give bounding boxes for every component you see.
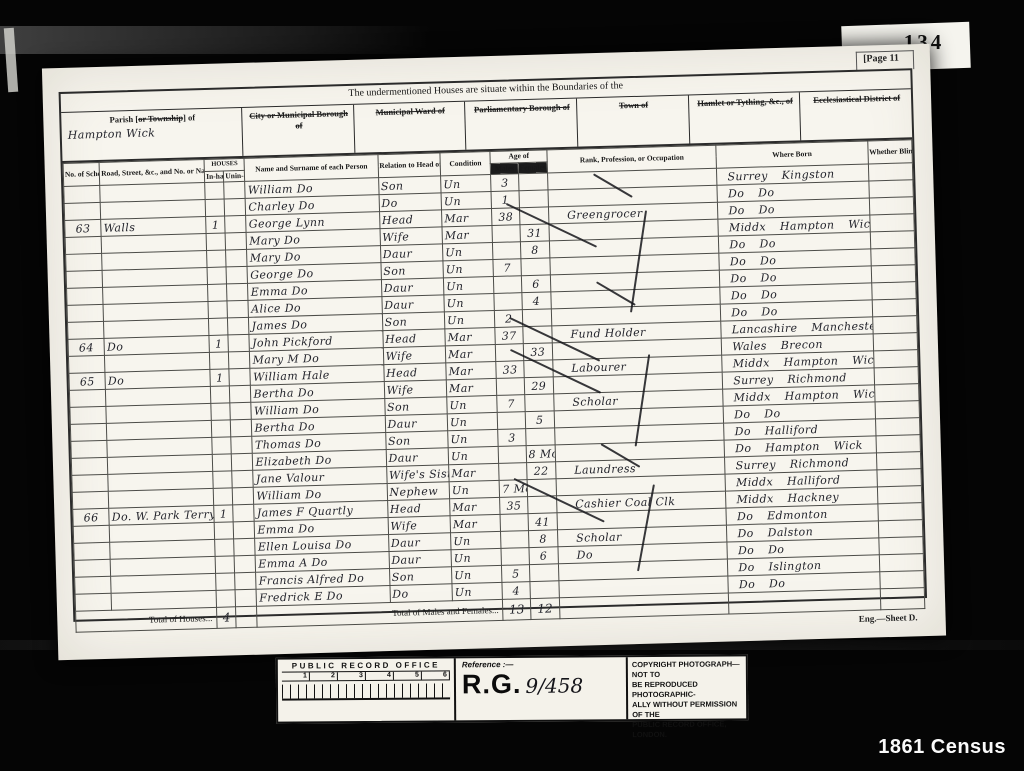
ruler-ticks [282,683,450,700]
district-field: Hamlet or Tything, &c., of [689,92,802,143]
cell-schedule [74,542,111,560]
cell-uninhabited [233,487,255,505]
cell-age-female: 6 [529,547,559,565]
cell-infirmity [878,520,923,538]
cell-uninhabited [229,368,251,386]
cell-age-male: 33 [496,361,524,379]
cell-schedule: 65 [69,372,106,390]
cell-inhabited [211,420,231,438]
cell-age-female: 8 Months [526,445,556,463]
cell-inhabited [206,233,226,251]
cell-age-male: 35 [500,497,528,515]
cell-schedule [74,559,111,577]
cell-schedule: 64 [68,338,105,356]
cell-uninhabited [228,317,250,335]
cell-inhabited: 1 [214,505,234,523]
cell-infirmity [870,248,915,266]
cell-infirmity [873,350,918,368]
cell-infirmity [879,571,924,589]
cell-relation: Wife [384,380,447,399]
cell-relation: Daur [385,414,448,433]
cell-infirmity [877,469,922,487]
cell-relation: Wife [380,227,443,246]
cell-infirmity [872,299,917,317]
cell-infirmity [869,214,914,232]
copyright-notice: COPYRIGHT PHOTOGRAPH—NOT TO BE REPRODUCE… [628,656,746,719]
cell-relation: Do [390,584,453,603]
cell-schedule [72,491,109,509]
col-females: Females [518,161,548,173]
cell-uninhabited [226,249,248,267]
cell-relation: Wife's Sister [386,465,449,484]
cell-age-female: 22 [526,462,556,480]
cell-relation: Head [382,329,445,348]
census-caption: 1861 Census [878,736,1006,759]
cell-inhabited [210,352,230,370]
cell-age-female: 41 [528,513,558,531]
cell-age-male: 3 [491,174,519,192]
cell-condition: Un [447,412,498,430]
cell-age-female [524,394,554,412]
cell-relation: Son [382,312,445,331]
cell-infirmity [873,333,918,351]
cell-infirmity [879,554,924,572]
cell-uninhabited [230,402,252,420]
cell-condition: Mar [445,344,496,362]
cell-condition: Un [443,242,494,260]
district-field-label: City or Municipal Borough of [248,108,349,133]
cell-relation: Head [379,210,442,229]
cell-relation: Wife [388,516,451,535]
cell-uninhabited [234,538,256,556]
cell-age-male [493,242,521,260]
district-field: City or Municipal Borough of [242,105,355,156]
cell-relation: Son [389,567,452,586]
cell-age-female: 8 [528,530,558,548]
cell-schedule [69,389,106,407]
cell-condition: Un [443,259,494,277]
cell-age-male [494,293,522,311]
cell-condition: Mar [445,327,496,345]
cell-age-male: 4 [502,582,530,600]
cell-age-male [501,531,529,549]
cell-age-female [529,564,559,582]
cell-relation: Son [385,431,448,450]
cell-condition: Un [444,310,495,328]
cell-inhabited [213,471,233,489]
cell-inhabited [215,539,235,557]
cell-age-female: 8 [520,241,550,259]
cell-schedule [71,457,108,475]
cell-inhabited [211,386,231,404]
cell-age-female [519,190,549,208]
cell-schedule [65,236,102,254]
cell-age-female [530,581,560,599]
cell-age-female [525,428,555,446]
cell-relation: Son [384,397,447,416]
total-houses-value: 4 [217,607,237,629]
col-males: Males [491,162,519,174]
cell-schedule [75,593,112,611]
census-photograph: 134 [Page 11 The undermentioned Houses a… [0,0,1024,771]
pro-office-label: PUBLIC RECORD OFFICE [282,660,450,670]
cell-inhabited [212,454,232,472]
cell-condition: Mar [442,225,493,243]
cell-age-male: 38 [492,208,520,226]
cell-schedule [75,576,112,594]
cell-condition: Un [441,175,492,193]
cell-uninhabited [226,266,248,284]
cell-uninhabited [228,334,250,352]
cell-condition: Un [451,531,502,549]
cell-condition: Un [447,395,498,413]
cell-age-female: 29 [524,377,554,395]
cell-infirmity [877,503,922,521]
cell-uninhabited [233,521,255,539]
cell-schedule [66,253,103,271]
cell-infirmity [868,163,913,181]
cell-uninhabited [231,419,253,437]
cell-age-male: 3 [498,429,526,447]
cell-relation: Head [383,363,446,382]
cell-schedule [66,270,103,288]
cell-infirmity [875,401,920,419]
total-males-value: 13 [503,599,531,621]
district-field: Parish [or Township] of Hampton Wick [61,108,243,161]
cell-relation: Daur [388,533,451,552]
cell-inhabited [205,199,225,217]
cell-schedule: 63 [65,219,102,237]
cell-schedule [70,423,107,441]
col-road: Road, Street, &c., and No. or Name of Ho… [99,160,204,186]
cell-infirmity [875,418,920,436]
cell-inhabited [208,301,228,319]
cell-infirmity [874,384,919,402]
cell-uninhabited [225,232,247,250]
cell-condition: Un [448,429,499,447]
cell-relation: Daur [381,295,444,314]
cell-infirmity [878,537,923,555]
cell-infirmity [874,367,919,385]
cell-age-male [499,446,527,464]
cell-condition: Mar [442,209,493,227]
cell-infirmity [872,316,917,334]
cell-age-male [494,276,522,294]
cell-schedule [64,185,101,203]
cell-uninhabited [224,198,246,216]
cell-inhabited [213,488,233,506]
cell-condition: Mar [450,514,501,532]
cell-age-male [501,548,529,566]
cell-relation: Daur [380,244,443,263]
cell-schedule [72,474,109,492]
cell-age-female: 6 [521,275,551,293]
sheet-note: Eng.—Sheet D. [859,612,918,624]
pro-reference-stamp: PUBLIC RECORD OFFICE 1 2 3 4 5 6 Referen… [276,654,748,723]
cell-age-male: 37 [495,327,523,345]
col-schedule: No. of Schedule [63,162,100,186]
cell-schedule [67,287,104,305]
cell-infirmity [870,231,915,249]
cell-schedule [68,321,105,339]
district-field: Town of [577,95,690,146]
cell-uninhabited [232,453,254,471]
col-infirmity: Whether Blind, or Deaf-and-Dumb [867,140,912,164]
cell-condition: Mar [450,497,501,515]
district-field: Parliamentary Borough of [465,99,578,150]
cell-infirmity [871,265,916,283]
reference-number: 9/458 [525,674,583,698]
cell-condition: Un [449,480,500,498]
census-table: No. of Schedule Road, Street, &c., and N… [63,139,926,633]
cell-condition: Un [444,293,495,311]
pro-ruler: PUBLIC RECORD OFFICE 1 2 3 4 5 6 [278,658,456,721]
cell-inhabited [207,267,227,285]
cell-inhabited [212,437,232,455]
cell-age-female: 5 [525,411,555,429]
cell-relation: Wife [383,346,446,365]
cell-schedule [67,304,104,322]
cell-infirmity [876,452,921,470]
census-rows: William Do Son Un 3 Surrey Kingston Char… [64,163,925,612]
cell-relation: Daur [386,448,449,467]
cell-condition: Mar [446,378,497,396]
cell-uninhabited [224,181,246,199]
cell-inhabited [216,590,236,608]
cell-inhabited [216,573,236,591]
cell-inhabited [211,403,231,421]
cell-uninhabited [230,385,252,403]
cell-infirmity [876,435,921,453]
cell-uninhabited [235,589,257,607]
total-houses-label: Total of Houses... [76,607,218,632]
cell-inhabited [214,522,234,540]
cell-uninhabited [227,283,249,301]
district-field: Municipal Ward of [354,102,467,153]
cell-inhabited: 1 [209,335,229,353]
cell-age-female [518,173,548,191]
cell-age-male [492,225,520,243]
cell-relation: Head [387,499,450,518]
cell-age-male [497,378,525,396]
cell-condition: Un [451,548,502,566]
cell-age-female [521,258,551,276]
cell-uninhabited [233,504,255,522]
census-form-paper: [Page 11 The undermentioned Houses are s… [42,44,946,661]
cell-age-female: 4 [522,292,552,310]
reference-box: Reference :— R.G. 9/458 [456,657,628,720]
cell-schedule [68,355,105,373]
cell-age-female: 31 [520,224,550,242]
cell-condition: Mar [449,463,500,481]
col-inhabited: In-habited [204,170,223,182]
cell-condition: Un [452,565,503,583]
cell-infirmity [868,180,913,198]
cell-age-male: 1 [492,191,520,209]
cell-relation: Daur [389,550,452,569]
cell-schedule [71,440,108,458]
col-relation: Relation to Head of Family [378,153,441,178]
col-condition: Condition [440,152,491,176]
ruler-numbers: 1 2 3 4 5 6 [282,670,450,681]
scan-streak [0,26,430,54]
cell-uninhabited [234,555,256,573]
cell-schedule [70,406,107,424]
cell-condition: Mar [446,361,497,379]
cell-relation: Son [378,176,441,195]
cell-infirmity [869,197,914,215]
cell-uninhabited [227,300,249,318]
cell-age-male [498,412,526,430]
form-frame: The undermentioned Houses are situate wi… [59,68,927,622]
total-females-value: 12 [530,598,560,620]
cell-condition: Un [452,582,503,600]
cell-relation: Son [381,261,444,280]
cell-age-male: 7 [493,259,521,277]
cell-condition: Un [441,192,492,210]
cell-schedule: 66 [73,508,110,526]
cell-inhabited [205,182,225,200]
cell-uninhabited [232,470,254,488]
cell-age-male [499,463,527,481]
cell-relation: Do [379,193,442,212]
cell-relation: Daur [381,278,444,297]
district-field: Ecclesiastical District of [800,89,912,140]
cell-inhabited [209,318,229,336]
cell-age-male [501,514,529,532]
cell-schedule [64,202,101,220]
col-uninhabited: Unin-habited (U.), or Building (B.) [224,170,245,182]
cell-inhabited: 1 [206,216,226,234]
cell-inhabited [207,250,227,268]
cell-uninhabited [235,572,257,590]
cell-relation: Nephew [387,482,450,501]
cell-uninhabited [225,215,247,233]
cell-condition: Un [443,276,494,294]
reference-prefix: R.G. [462,669,522,700]
cell-uninhabited [229,351,251,369]
cell-condition: Un [448,446,499,464]
cell-infirmity [871,282,916,300]
cell-schedule [73,525,110,543]
cell-inhabited: 1 [210,369,230,387]
cell-inhabited [215,556,235,574]
cell-infirmity [877,486,922,504]
cell-uninhabited [231,436,253,454]
cell-inhabited [208,284,228,302]
cell-age-male: 7 [497,395,525,413]
cell-age-male: 5 [502,565,530,583]
